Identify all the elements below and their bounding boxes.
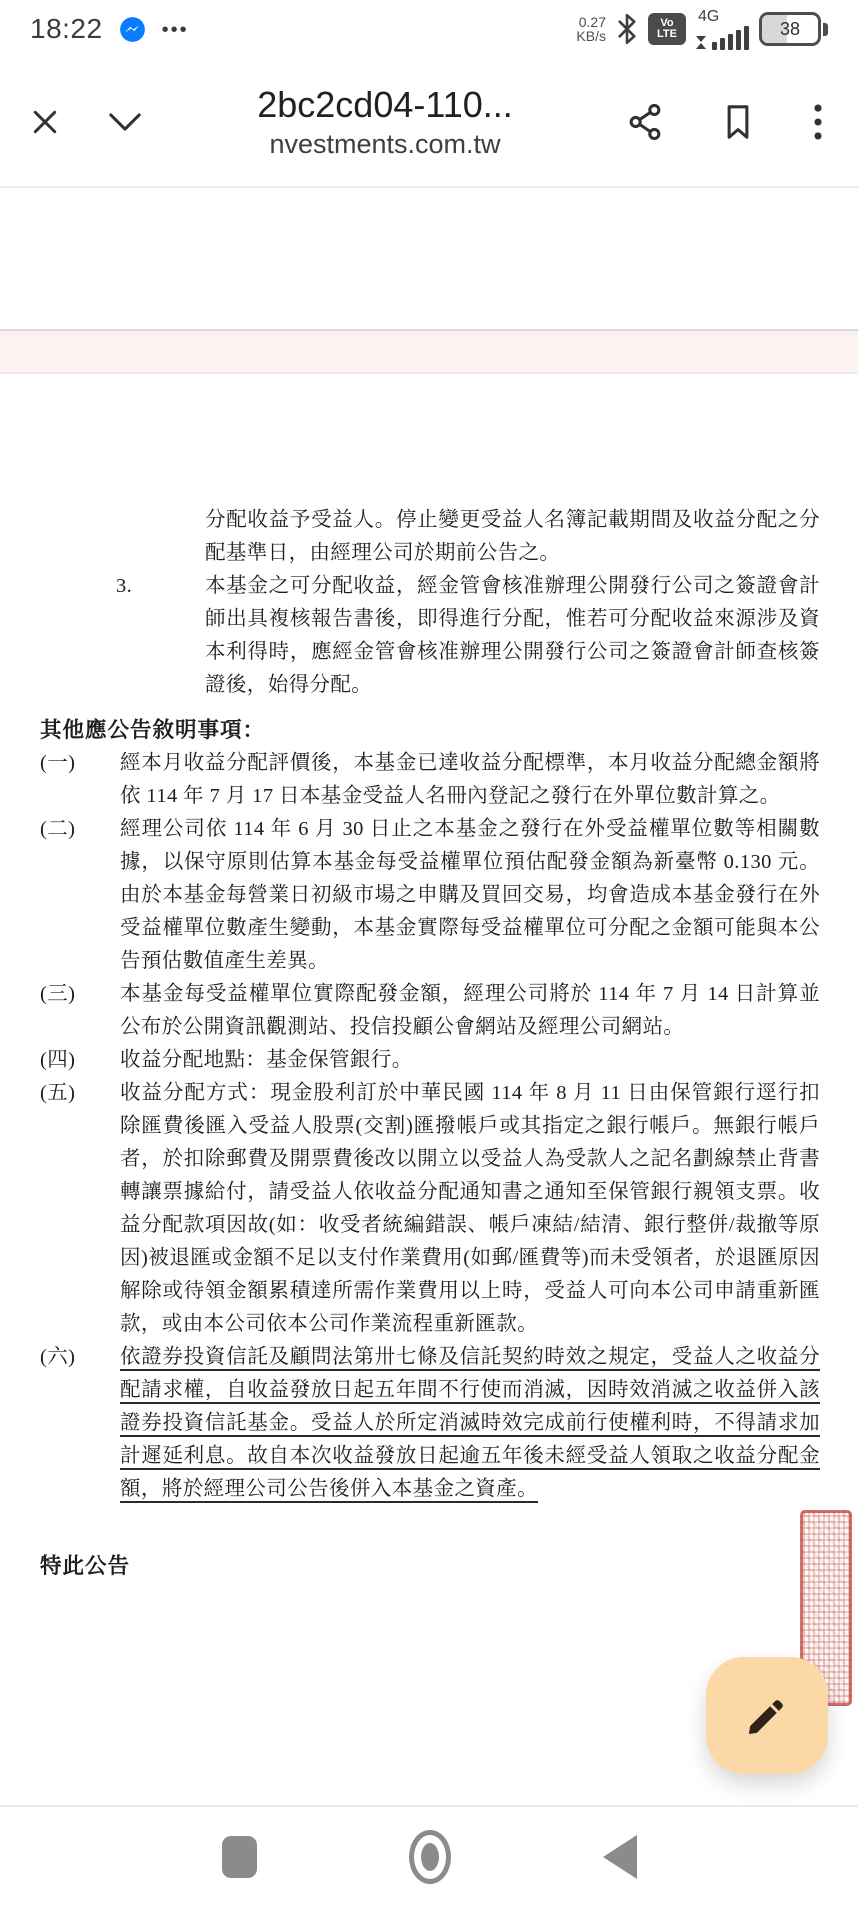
paragraph-text: 經本月收益分配評價後，本基金已達收益分配標準，本月收益分配總金額將依 114 年… xyxy=(120,752,820,807)
paragraph-text: 依證券投資信託及顧問法第卅七條及信託契約時效之規定，受益人之收益分配請求權，自收… xyxy=(120,1346,820,1500)
paragraph-text: 特此公告 xyxy=(40,1554,130,1578)
paragraph-marker: (一) xyxy=(40,747,75,780)
bluetooth-icon xyxy=(616,13,638,45)
chevron-down-icon xyxy=(106,109,144,135)
doc-paragraph-item-(五): (五)收益分配方式：現金股利訂於中華民國 114 年 8 月 11 日由保管銀行… xyxy=(40,1077,820,1341)
paragraph-text: 其他應公告敘明事項： xyxy=(40,718,265,742)
doc-paragraph-cont: 分配收益予受益人。停止變更受益人名簿記載期間及收益分配之分配基準日，由經理公司於… xyxy=(40,504,820,570)
paragraph-marker: 3. xyxy=(116,570,132,603)
paragraph-text: 本基金每受益權單位實際配發金額，經理公司將於 114 年 7 月 14 日計算並… xyxy=(120,983,820,1038)
document-title: 2bc2cd04-110... xyxy=(257,84,513,126)
paragraph-text: 本基金之可分配收益，經金管會核准辦理公開發行公司之簽證會計師出具複核報告書後，即… xyxy=(205,575,820,696)
pencil-icon xyxy=(744,1693,790,1739)
android-nav-bar xyxy=(0,1805,858,1907)
pdf-document-text: 分配收益予受益人。停止變更受益人名簿記載期間及收益分配之分配基準日，由經理公司於… xyxy=(0,504,858,1583)
doc-paragraph-item-(六): (六)依證券投資信託及顧問法第卅七條及信託契約時效之規定，受益人之收益分配請求權… xyxy=(40,1341,820,1506)
page-top-margin xyxy=(0,374,858,504)
paragraph-marker: (六) xyxy=(40,1341,75,1374)
doc-paragraph-item-(四): (四)收益分配地點：基金保管銀行。 xyxy=(40,1044,820,1077)
paragraph-text: 分配收益予受益人。停止變更受益人名簿記載期間及收益分配之分配基準日，由經理公司於… xyxy=(205,509,820,564)
signal-icon: 4G xyxy=(696,8,749,50)
network-type-label: 4G xyxy=(698,8,719,26)
document-title-block: 2bc2cd04-110... nvestments.com.tw xyxy=(170,84,600,160)
paragraph-marker: (四) xyxy=(40,1044,75,1077)
recents-button[interactable] xyxy=(222,1836,257,1878)
clock: 18:22 xyxy=(30,13,103,45)
bookmark-icon xyxy=(722,103,754,141)
bookmark-button[interactable] xyxy=(722,103,754,141)
paragraph-text: 收益分配地點：基金保管銀行。 xyxy=(120,1049,413,1071)
network-speed: 0.27 KB/s xyxy=(576,15,606,43)
edit-fab[interactable] xyxy=(706,1657,828,1774)
home-button[interactable] xyxy=(409,1830,451,1884)
notification-overflow-dots: ••• xyxy=(162,19,189,42)
share-icon xyxy=(626,102,664,142)
paragraph-marker: (二) xyxy=(40,813,75,846)
doc-paragraph-heading: 其他應公告敘明事項： xyxy=(40,714,820,747)
share-button[interactable] xyxy=(626,102,664,142)
battery-percent: 38 xyxy=(780,19,800,40)
overflow-menu-icon xyxy=(812,103,824,141)
volte-badge: Vo LTE xyxy=(648,13,686,45)
doc-paragraph-num-3.: 3.本基金之可分配收益，經金管會核准辦理公開發行公司之簽證會計師出具複核報告書後… xyxy=(40,570,820,702)
back-button[interactable] xyxy=(603,1835,637,1879)
doc-paragraph-item-(二): (二)經理公司依 114 年 6 月 30 日止之本基金之發行在外受益權單位數等… xyxy=(40,813,820,978)
document-url: nvestments.com.tw xyxy=(269,129,500,160)
doc-paragraph-item-(三): (三)本基金每受益權單位實際配發金額，經理公司將於 114 年 7 月 14 日… xyxy=(40,978,820,1044)
paragraph-text: 收益分配方式：現金股利訂於中華民國 114 年 8 月 11 日由保管銀行逕行扣… xyxy=(120,1082,820,1335)
pdf-viewer-header: 2bc2cd04-110... nvestments.com.tw xyxy=(0,58,858,188)
paragraph-marker: (三) xyxy=(40,978,75,1011)
doc-paragraph-item-(一): (一)經本月收益分配評價後，本基金已達收益分配標準，本月收益分配總金額將依 11… xyxy=(40,747,820,813)
page-gap-band xyxy=(0,329,858,374)
battery-icon: 38 xyxy=(759,12,821,46)
paragraph-text: 經理公司依 114 年 6 月 30 日止之本基金之發行在外受益權單位數等相關數… xyxy=(120,818,820,972)
paragraph-marker: (五) xyxy=(40,1077,75,1110)
close-button[interactable] xyxy=(28,105,62,139)
page-blank-area xyxy=(0,188,858,329)
home-icon xyxy=(421,1843,439,1871)
data-arrows-icon xyxy=(696,36,706,49)
status-bar: 18:22 ••• 0.27 KB/s Vo LTE 4G xyxy=(0,0,858,58)
doc-paragraph-closing: 特此公告 xyxy=(40,1550,820,1583)
overflow-menu-button[interactable] xyxy=(812,103,824,141)
network-speed-unit: KB/s xyxy=(576,28,606,44)
close-icon xyxy=(28,105,62,139)
expand-button[interactable] xyxy=(106,109,144,135)
messenger-icon xyxy=(119,16,146,43)
volte-badge-bottom: LTE xyxy=(657,29,677,40)
